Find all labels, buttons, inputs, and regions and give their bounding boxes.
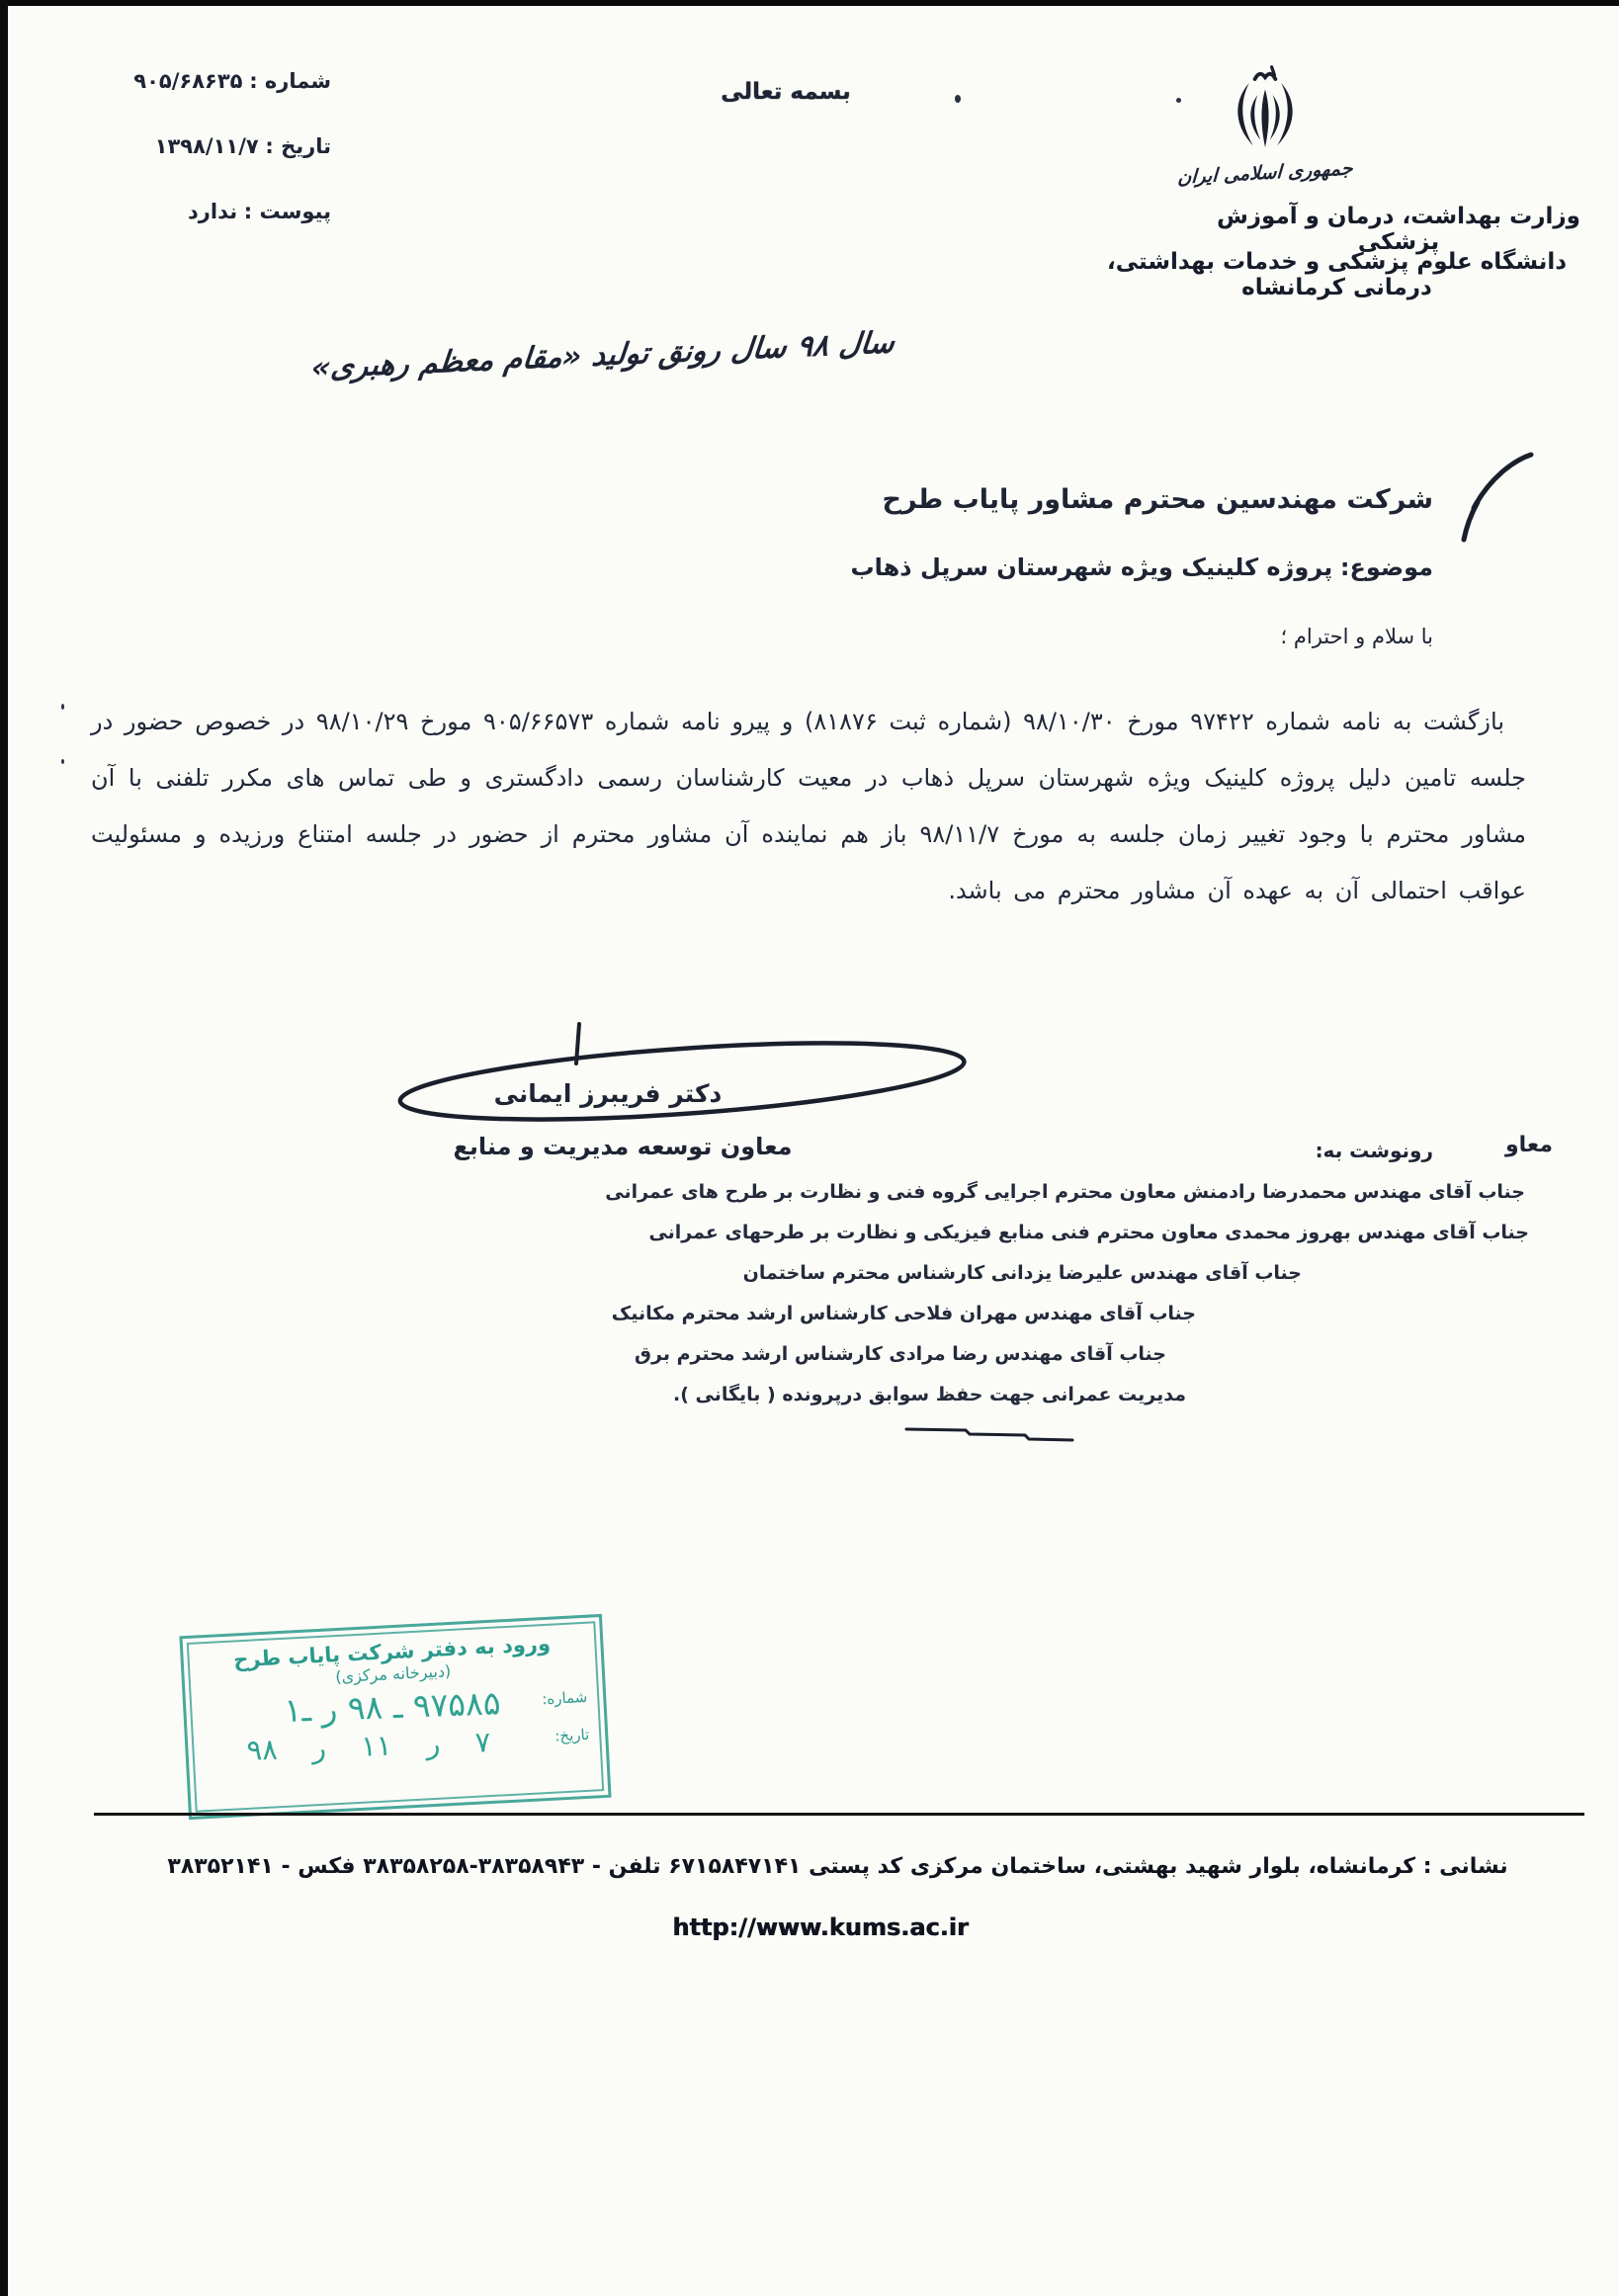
entry-stamp: ورود به دفتر شرکت پایاب طرح (دبیرخانه مر…	[179, 1614, 611, 1820]
stamp-date-label: تاریخ:	[520, 1726, 590, 1747]
letter-number-label: شماره :	[249, 69, 331, 93]
ink-speck	[1176, 98, 1181, 103]
letter-date-label: تاریخ :	[265, 134, 331, 158]
salutation-line: با سلام و احترام ؛	[1176, 625, 1433, 648]
ministry-name: وزارت بهداشت، درمان و آموزش پزشکی	[1196, 204, 1601, 255]
ink-speck	[61, 704, 64, 710]
university-name: دانشگاه علوم پزشکی و خدمات بهداشتی، درما…	[1067, 249, 1606, 300]
handwritten-checkmark-icon	[1448, 445, 1537, 549]
footer-url: http://www.kums.ac.ir	[633, 1913, 1008, 1941]
handwritten-signature-icon	[385, 1020, 988, 1134]
cc-item: جناب آقای مهندس محمدرضا رادمنش معاون محت…	[692, 1172, 1529, 1213]
letter-attachment-value: ندارد	[188, 200, 237, 223]
scanned-letter-page: شماره : ۹۰۵/۶۸۶۳۵ تاریخ : ۱۳۹۸/۱۱/۷ پیوس…	[0, 0, 1619, 2296]
scan-edge-top	[0, 0, 1619, 6]
signatory-title: معاون توسعه مدیریت و منابع	[435, 1133, 810, 1160]
stray-text-fragment: معاو	[1505, 1133, 1553, 1157]
besmellah-text: بسمه تعالی	[692, 79, 880, 105]
letter-number-value: ۹۰۵/۶۸۶۳۵	[133, 69, 242, 93]
year-slogan: سال ۹۸ سال رونق تولید «مقام معظم رهبری»	[409, 325, 896, 382]
stamp-number-value: ۱ـ ر ۹۸ ـ ۹۷۵۸۵	[284, 1683, 501, 1730]
stamp-date-value: ۹۸ ر ۱۱ ر ۷	[246, 1725, 491, 1767]
cc-item: جناب آقای مهندس مهران فلاحی کارشناس ارشد…	[692, 1294, 1529, 1334]
letter-number-row: شماره : ۹۰۵/۶۸۶۳۵	[94, 69, 331, 93]
subject-label: موضوع:	[1340, 553, 1433, 581]
entry-stamp-frame: ورود به دفتر شرکت پایاب طرح (دبیرخانه مر…	[187, 1621, 604, 1812]
cc-item: مدیریت عمرانی جهت حفظ سوابق درپرونده ( ب…	[692, 1375, 1529, 1415]
stamp-number-label: شماره:	[518, 1687, 588, 1709]
cc-list: جناب آقای مهندس محمدرضا رادمنش معاون محت…	[692, 1172, 1529, 1415]
subject-value: پروژه کلینیک ویژه شهرستان سرپل ذهاب	[851, 553, 1333, 581]
cc-item: جناب آقای مهندس رضا مرادی کارشناس ارشد م…	[692, 1334, 1529, 1375]
letter-meta-block: شماره : ۹۰۵/۶۸۶۳۵ تاریخ : ۱۳۹۸/۱۱/۷ پیوس…	[94, 69, 331, 265]
letter-attachment-row: پیوست : ندارد	[94, 200, 331, 223]
ink-speck	[61, 759, 64, 764]
signatory-name: دکتر فریبرز ایمانی	[445, 1079, 771, 1108]
letter-body-paragraph: بازگشت به نامه شماره ۹۷۴۲۲ مورخ ۹۸/۱۰/۳۰…	[91, 694, 1526, 919]
cc-item: جناب آقای مهندس علیرضا یزدانی کارشناس مح…	[692, 1253, 1529, 1294]
subject-line: موضوع: پروژه کلینیک ویژه شهرستان سرپل ذه…	[771, 553, 1433, 581]
cc-label: رونوشت به:	[1275, 1139, 1433, 1162]
letter-date-row: تاریخ : ۱۳۹۸/۱۱/۷	[94, 134, 331, 158]
letter-date-value: ۱۳۹۸/۱۱/۷	[155, 134, 259, 158]
addressee-line: شرکت مهندسین محترم مشاور پایاب طرح	[840, 484, 1433, 515]
cc-item: جناب آقای مهندس بهروز محمدی معاون محترم …	[692, 1213, 1529, 1253]
iran-national-emblem-icon	[1218, 63, 1313, 166]
footer-address: نشانی : کرمانشاه، بلوار شهید بهشتی، ساخت…	[89, 1854, 1586, 1879]
footer-divider	[94, 1813, 1584, 1816]
letter-attachment-label: پیوست :	[244, 200, 331, 223]
scan-edge-left	[0, 0, 8, 2296]
ink-speck	[955, 95, 961, 103]
handwritten-underline-icon	[904, 1424, 1082, 1446]
